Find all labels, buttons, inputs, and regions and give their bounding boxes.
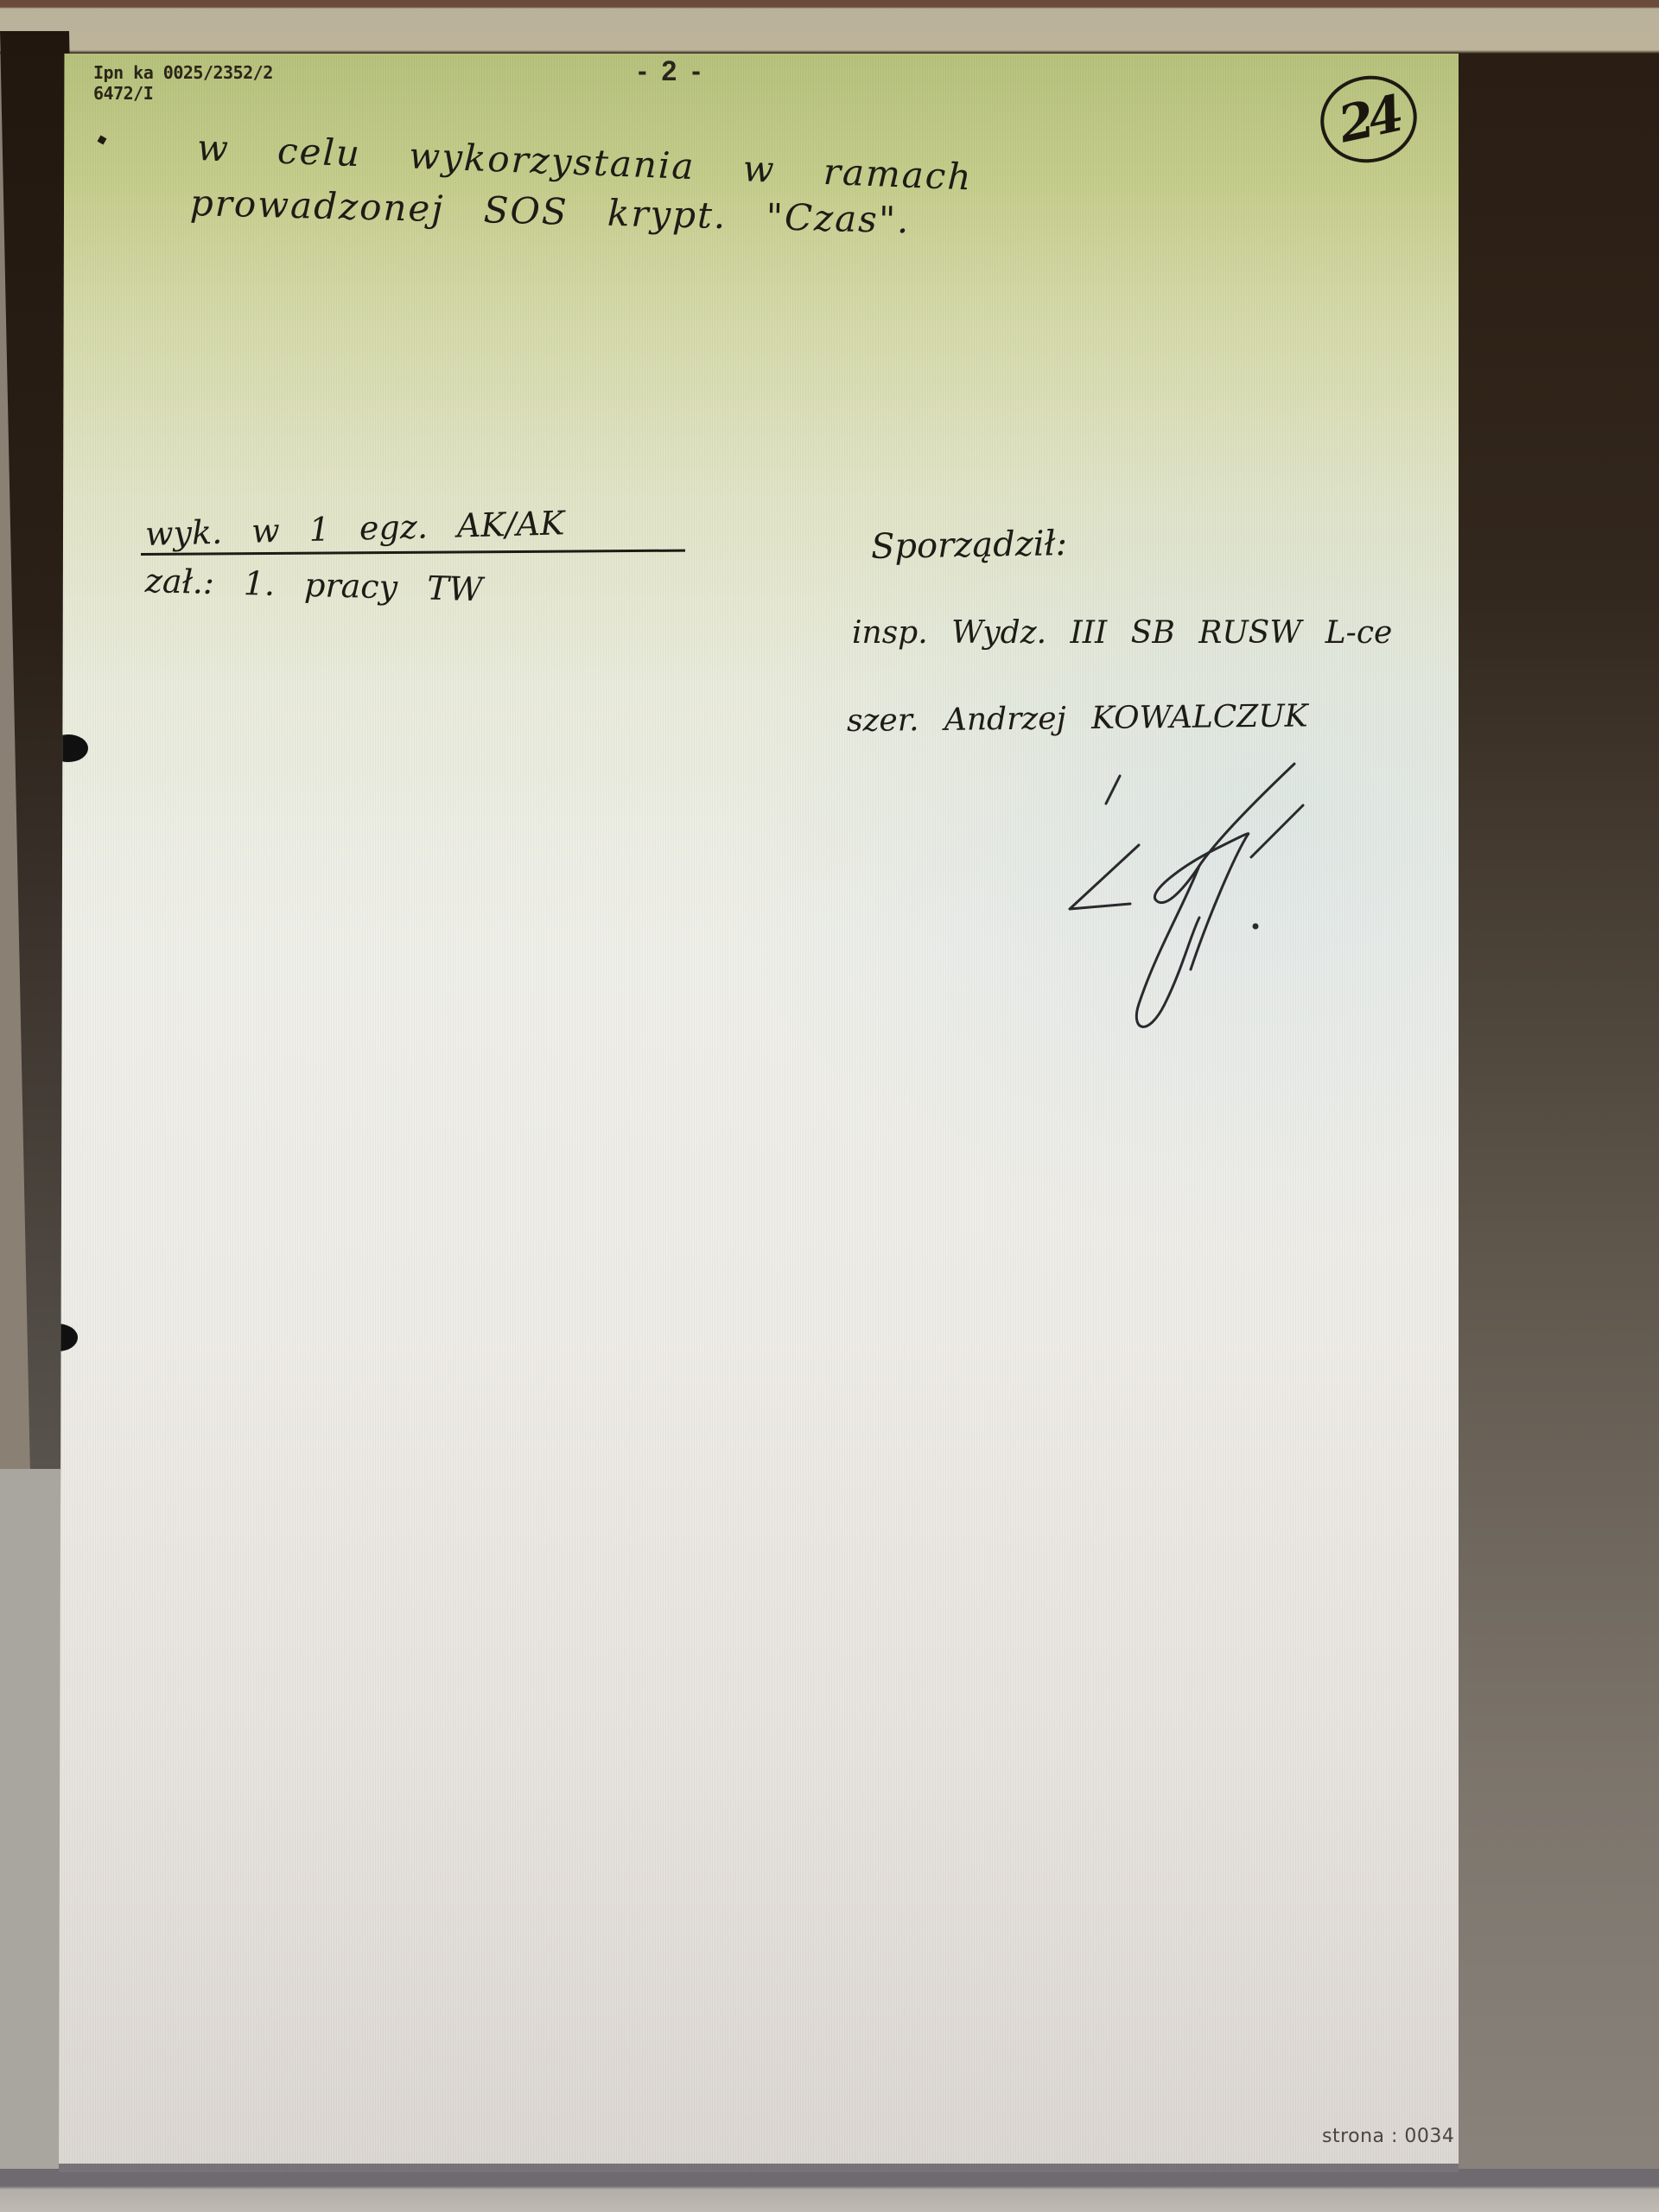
scanned-document-page: Ipn ka 0025/2352/2 6472/I - 2 - 24 w cel… (59, 54, 1459, 2172)
page-bottom-edge (59, 2164, 1459, 2172)
handwritten-signature-icon (1044, 745, 1320, 1073)
distribution-note-line-2: zał.: 1. pracy TW (144, 562, 483, 608)
page-marker: - 2 - (638, 55, 704, 87)
archive-reference: Ipn ka 0025/2352/2 6472/I (93, 62, 273, 104)
signatory-title: Sporządził: (871, 524, 1068, 567)
monitor-top-bezel (0, 0, 1659, 54)
archive-reference-line-1: Ipn ka 0025/2352/2 (93, 62, 273, 83)
bullet-mark-icon (98, 136, 107, 145)
monitor-right-frame (1450, 54, 1659, 2212)
signatory-name: szer. Andrzej KOWALCZUK (847, 698, 1308, 739)
distribution-note-line-1: wyk. w 1 egz. AK/AK (144, 504, 564, 553)
monitor-left-lower-frame (0, 1469, 60, 2212)
page-footer-number: strona : 0034 (1322, 2126, 1454, 2147)
signatory-position: insp. Wydz. III SB RUSW L-ce (852, 615, 1392, 651)
stamp-number: 24 (1317, 71, 1421, 168)
archive-reference-line-2: 6472/I (93, 83, 273, 104)
page-number-stamp: 24 (1313, 67, 1425, 171)
monitor-bottom-bezel (0, 2169, 1659, 2212)
